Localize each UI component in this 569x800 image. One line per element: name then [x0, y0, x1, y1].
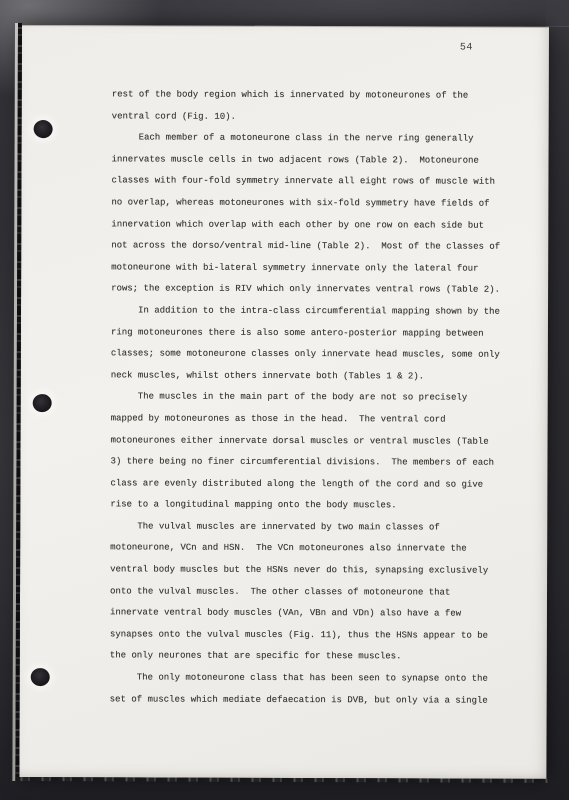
hole-punch-mark-middle [32, 393, 53, 413]
scan-background: 54 rest of the body region which is inne… [0, 0, 569, 800]
document-page: 54 rest of the body region which is inne… [19, 25, 549, 779]
text-line: ventral cord (Fig. 10). [112, 106, 522, 129]
text-line: rise to a longitudinal mapping onto the … [110, 495, 520, 518]
text-line: not across the dorso/ventral mid-line (T… [111, 235, 521, 258]
text-line: 3) there being no finer circumferential … [110, 451, 520, 474]
text-line: classes with four-fold symmetry innervat… [111, 171, 521, 194]
page-bottom-edge-shadow [15, 777, 547, 783]
text-line: rows; the exception is RIV which only in… [111, 279, 521, 302]
text-line: classes; some motoneurone classes only i… [111, 343, 521, 366]
text-line: class are evenly distributed along the l… [110, 473, 520, 496]
text-line: set of muscles which mediate defaecation… [110, 689, 520, 712]
text-line: onto the vulval muscles. The other class… [110, 581, 520, 604]
text-line: In addition to the intra-class circumfer… [111, 300, 521, 323]
text-line: The vulval muscles are innervated by two… [110, 516, 520, 539]
page-number: 54 [460, 43, 473, 54]
text-line: ventral body muscles but the HSNs never … [110, 559, 520, 582]
text-line: synapses onto the vulval muscles (Fig. 1… [110, 624, 520, 647]
text-line: motoneurone, VCn and HSN. The VCn motone… [110, 538, 520, 561]
text-line: The only motoneurone class that has been… [110, 667, 520, 690]
text-line: innervation which overlap with each othe… [111, 214, 521, 237]
text-line: the only neurones that are specific for … [110, 646, 520, 669]
hole-punch-mark-top [32, 119, 53, 140]
text-line: motoneurones either innervate dorsal mus… [111, 430, 521, 453]
body-text: rest of the body region which is innerva… [110, 84, 522, 712]
text-line: Each member of a motoneurone class in th… [112, 128, 522, 151]
text-line: innervate ventral body muscles (VAn, VBn… [110, 603, 520, 626]
text-line: ring motoneurones there is also some ant… [111, 322, 521, 345]
hole-punch-mark-bottom [30, 667, 50, 686]
text-line: motoneurone with bi-lateral symmetry inn… [111, 257, 521, 280]
text-line: The muscles in the main part of the body… [111, 387, 521, 410]
background-seam [546, 0, 569, 27]
text-line: no overlap, whereas motoneurones with si… [111, 192, 521, 215]
text-line: neck muscles, whilst others innervate bo… [111, 365, 521, 388]
text-line: rest of the body region which is innerva… [112, 84, 522, 107]
text-line: innervates muscle cells in two adjacent … [111, 149, 521, 172]
text-line: mapped by motoneurones as those in the h… [111, 408, 521, 431]
